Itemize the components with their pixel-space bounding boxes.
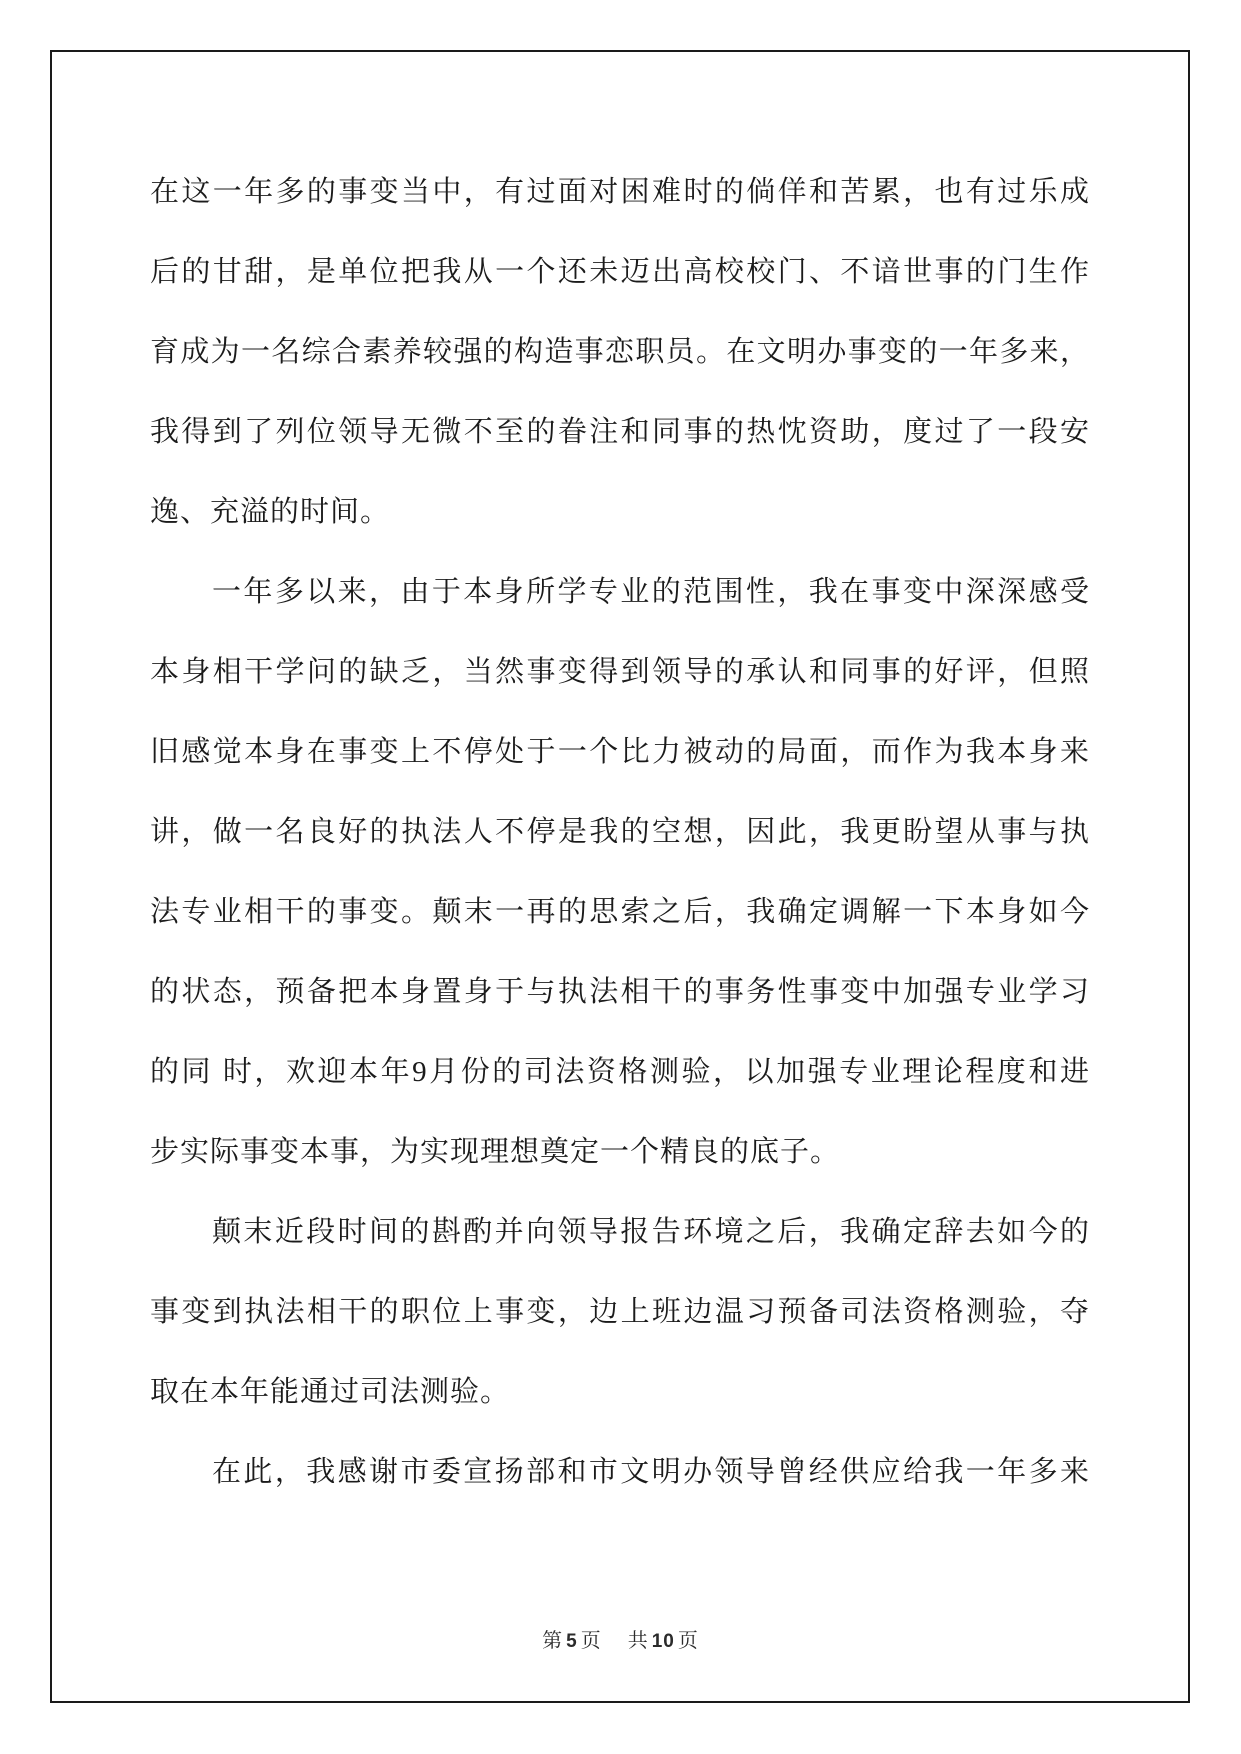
- text-line: 一年多以来，由于本身所学专业的范围性，我在事变中深深感受: [150, 552, 1090, 632]
- text-line: 旧感觉本身在事变上不停处于一个比力被动的局面，而作为我本身来: [150, 712, 1090, 792]
- text-line: 后的甘甜，是单位把我从一个还未迈出高校校门、不谙世事的门生作: [150, 232, 1090, 312]
- footer-total-prefix: 共: [628, 1630, 649, 1652]
- text-line: 讲，做一名良好的执法人不停是我的空想，因此，我更盼望从事与执: [150, 792, 1090, 872]
- text-line: 在此，我感谢市委宣扬部和市文明办领导曾经供应给我一年多来: [150, 1432, 1090, 1512]
- text-line: 法专业相干的事变。颠末一再的思索之后，我确定调解一下本身如今: [150, 872, 1090, 952]
- text-line: 育成为一名综合素养较强的构造事恋职员。在文明办事变的一年多来，: [150, 312, 1090, 392]
- text-line: 我得到了列位领导无微不至的眷注和同事的热忱资助，度过了一段安: [150, 392, 1090, 472]
- text-line: 事变到执法相干的职位上事变，边上班边温习预备司法资格测验，夺: [150, 1272, 1090, 1352]
- footer-total-pages: 共10页: [628, 1624, 699, 1653]
- text-line: 步实际事变本事，为实现理想奠定一个精良的底子。: [150, 1112, 1090, 1192]
- footer-total-number: 10: [649, 1631, 678, 1652]
- footer-total-suffix: 页: [678, 1630, 699, 1652]
- page-footer: 第5页共10页: [0, 1624, 1241, 1653]
- document-body: 在这一年多的事变当中，有过面对困难时的倘佯和苦累，也有过乐成后的甘甜，是单位把我…: [150, 152, 1090, 1512]
- text-line: 在这一年多的事变当中，有过面对困难时的倘佯和苦累，也有过乐成: [150, 152, 1090, 232]
- text-line: 取在本年能通过司法测验。: [150, 1352, 1090, 1432]
- footer-current-page: 第5页: [542, 1624, 602, 1653]
- footer-current-suffix: 页: [581, 1630, 602, 1652]
- text-line: 本身相干学问的缺乏，当然事变得到领导的承认和同事的好评，但照: [150, 632, 1090, 712]
- text-line: 颠末近段时间的斟酌并向领导报告环境之后，我确定辞去如今的: [150, 1192, 1090, 1272]
- footer-current-prefix: 第: [542, 1630, 563, 1652]
- text-line: 逸、充溢的时间。: [150, 472, 1090, 552]
- footer-current-number: 5: [563, 1631, 581, 1652]
- text-line: 的同 时，欢迎本年9月份的司法资格测验，以加强专业理论程度和进: [150, 1032, 1090, 1112]
- text-line: 的状态，预备把本身置身于与执法相干的事务性事变中加强专业学习: [150, 952, 1090, 1032]
